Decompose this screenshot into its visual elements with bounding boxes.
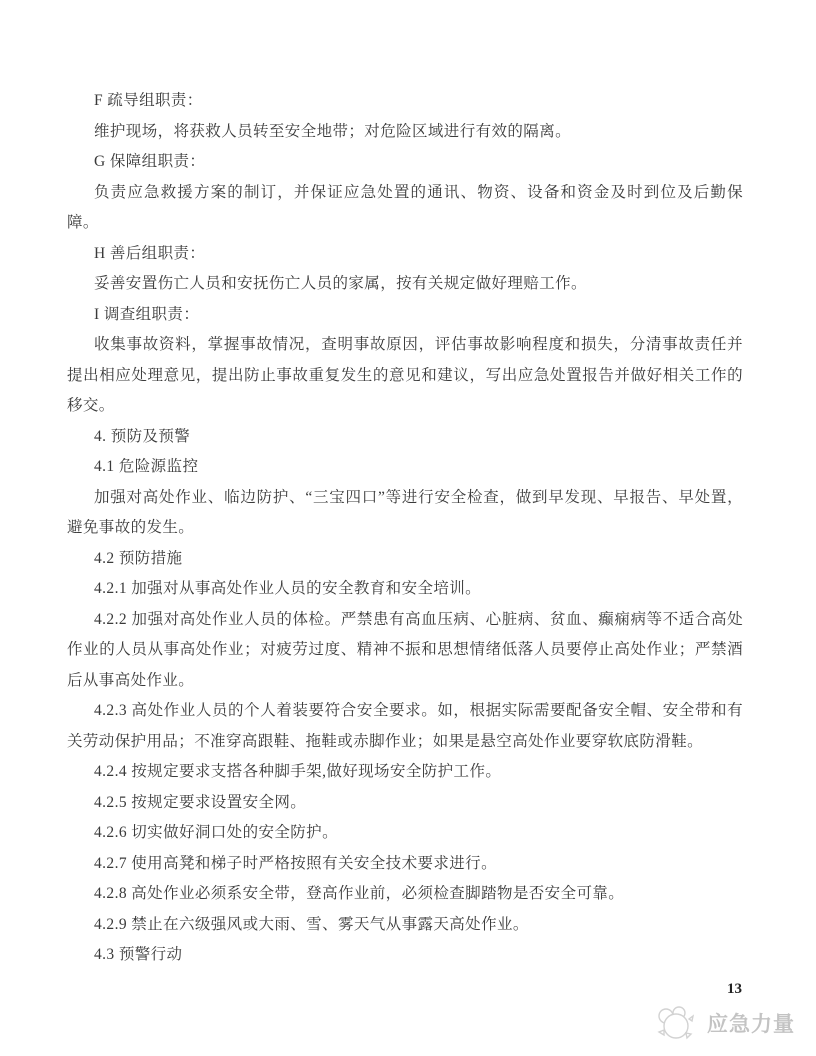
paragraph-22: 4.3 预警行动 (67, 940, 743, 971)
paragraph-14: 4.2.2 加强对高处作业人员的体检。严禁患有高血压病、心脏病、贫血、癫痫病等不… (67, 605, 743, 697)
page-number: 13 (0, 981, 742, 998)
paragraph-13: 4.2.1 加强对从事高处作业人员的安全教育和安全培训。 (67, 574, 743, 605)
paragraph-20: 4.2.8 高处作业必须系安全带，登高作业前，必须检查脚踏物是否安全可靠。 (67, 879, 743, 910)
paragraph-7: I 调查组职责： (67, 300, 743, 331)
document-body: F 疏导组职责：维护现场，将获救人员转至安全地带；对危险区域进行有效的隔离。G … (67, 86, 743, 971)
paragraph-2: 维护现场，将获救人员转至安全地带；对危险区域进行有效的隔离。 (67, 117, 743, 148)
paragraph-1: F 疏导组职责： (67, 86, 743, 117)
paragraph-18: 4.2.6 切实做好洞口处的安全防护。 (67, 818, 743, 849)
paragraph-19: 4.2.7 使用高凳和梯子时严格按照有关安全技术要求进行。 (67, 849, 743, 880)
paragraph-12: 4.2 预防措施 (67, 544, 743, 575)
paragraph-11: 加强对高处作业、临边防护、“三宝四口”等进行安全检查，做到早发现、早报告、早处置… (67, 483, 743, 544)
paragraph-6: 妥善安置伤亡人员和安抚伤亡人员的家属，按有关规定做好理赔工作。 (67, 269, 743, 300)
paragraph-17: 4.2.5 按规定要求设置安全网。 (67, 788, 743, 819)
paragraph-5: H 善后组职责： (67, 239, 743, 270)
paragraph-4: 负责应急救援方案的制订，并保证应急处置的通讯、物资、设备和资金及时到位及后勤保障… (67, 178, 743, 239)
paragraph-21: 4.2.9 禁止在六级强风或大雨、雪、雾天气从事露天高处作业。 (67, 910, 743, 941)
paragraph-10: 4.1 危险源监控 (67, 452, 743, 483)
paragraph-9: 4. 预防及预警 (67, 422, 743, 453)
paragraph-3: G 保障组职责： (67, 147, 743, 178)
paragraph-8: 收集事故资料，掌握事故情况，查明事故原因，评估事故影响程度和损失，分清事故责任并… (67, 330, 743, 422)
watermark-text: 应急力量 (707, 1008, 795, 1038)
document-page: F 疏导组职责：维护现场，将获救人员转至安全地带；对危险区域进行有效的隔离。G … (0, 0, 816, 1056)
watermark: 应急力量 (652, 1003, 795, 1043)
paragraph-16: 4.2.4 按规定要求支搭各种脚手架,做好现场安全防护工作。 (67, 757, 743, 788)
paragraph-15: 4.2.3 高处作业人员的个人着装要符合安全要求。如，根据实际需要配备安全帽、安… (67, 696, 743, 757)
cloud-mascot-icon (652, 1003, 700, 1043)
